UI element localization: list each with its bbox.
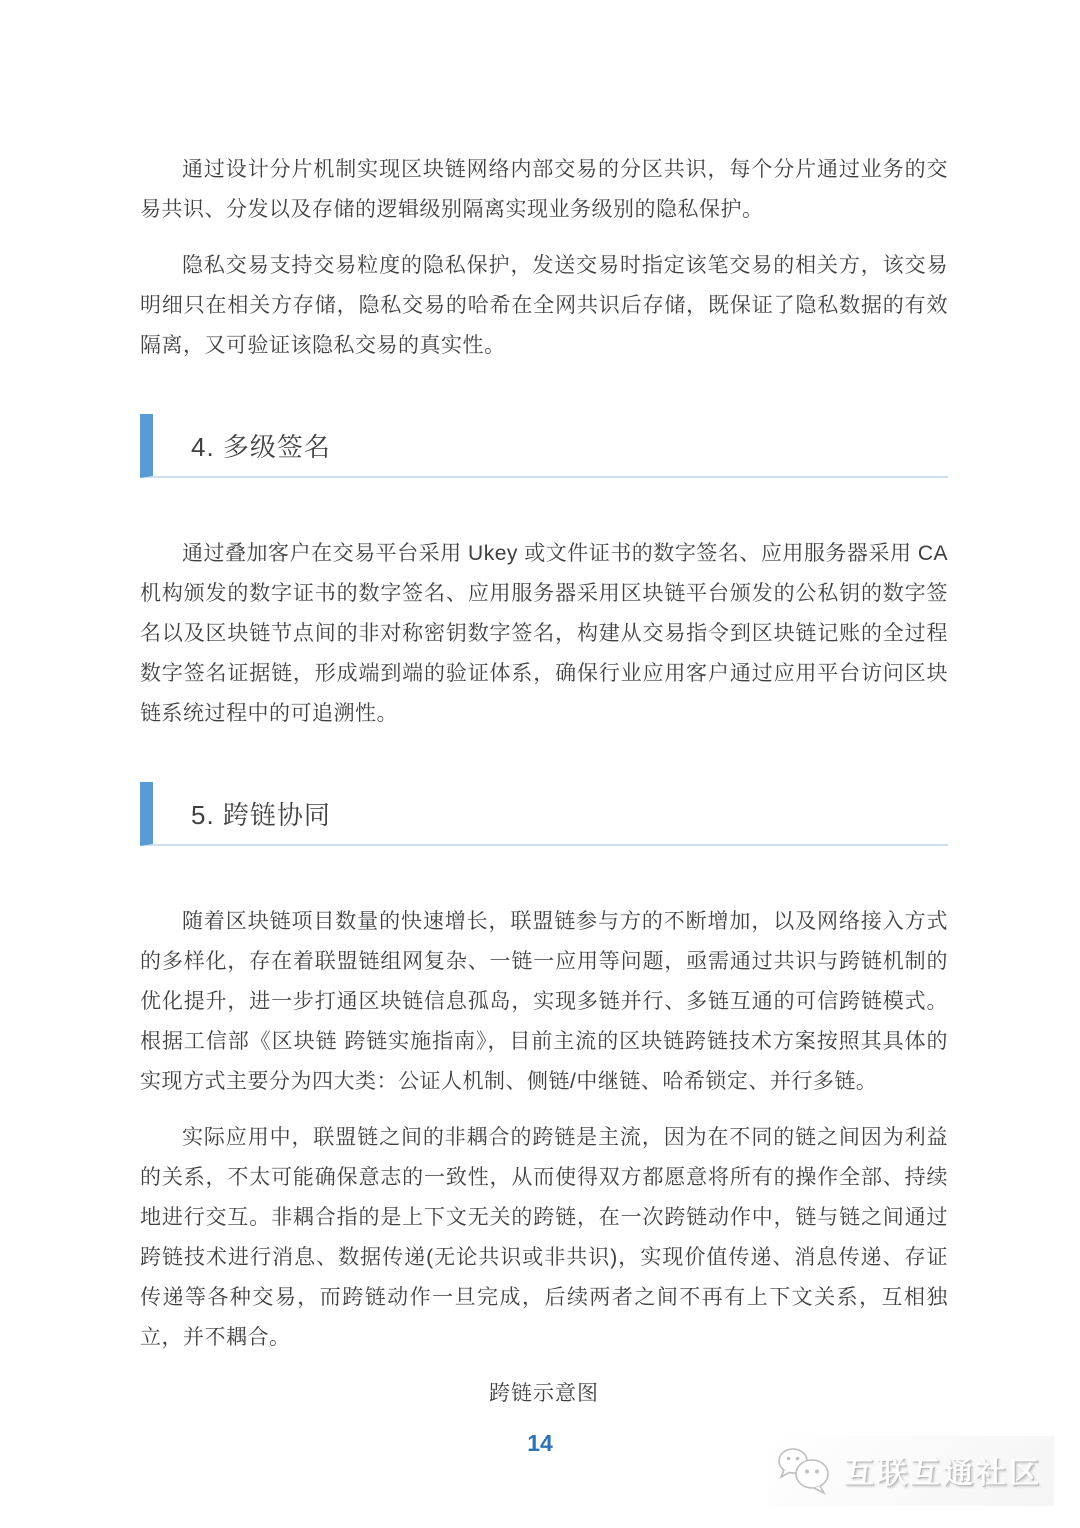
section-heading-label: 4. 多级签名 [191,427,331,464]
watermark-text: 互联互通社区 [844,1448,1042,1492]
section-heading-crosschain: 5. 跨链协同 [140,782,948,846]
paragraph-crosschain-decoupled: 实际应用中，联盟链之间的非耦合的跨链是主流，因为在不同的链之间因为利益的关系，不… [140,1118,948,1358]
paragraph-sharding: 通过设计分片机制实现区块链网络内部交易的分区共识，每个分片通过业务的交易共识、分… [140,150,948,230]
page-content: 通过设计分片机制实现区块链网络内部交易的分区共识，每个分片通过业务的交易共识、分… [140,150,948,1414]
section-heading-label: 5. 跨链协同 [191,795,331,832]
paragraph-crosschain-overview: 随着区块链项目数量的快速增长，联盟链参与方的不断增加，以及网络接入方式的多样化，… [140,902,948,1102]
watermark-logo: 互联互通社区 [768,1436,1054,1506]
section-heading-multilevel-signature: 4. 多级签名 [140,414,948,478]
wechat-chat-bubbles-icon [776,1444,834,1496]
document-page: 通过设计分片机制实现区块链网络内部交易的分区共识，每个分片通过业务的交易共识、分… [0,0,1080,1528]
paragraph-private-transaction: 隐私交易支持交易粒度的隐私保护，发送交易时指定该笔交易的相关方，该交易明细只在相… [140,246,948,366]
paragraph-multilevel-signature: 通过叠加客户在交易平台采用 Ukey 或文件证书的数字签名、应用服务器采用 CA… [140,534,948,734]
figure-caption: 跨链示意图 [140,1374,948,1414]
